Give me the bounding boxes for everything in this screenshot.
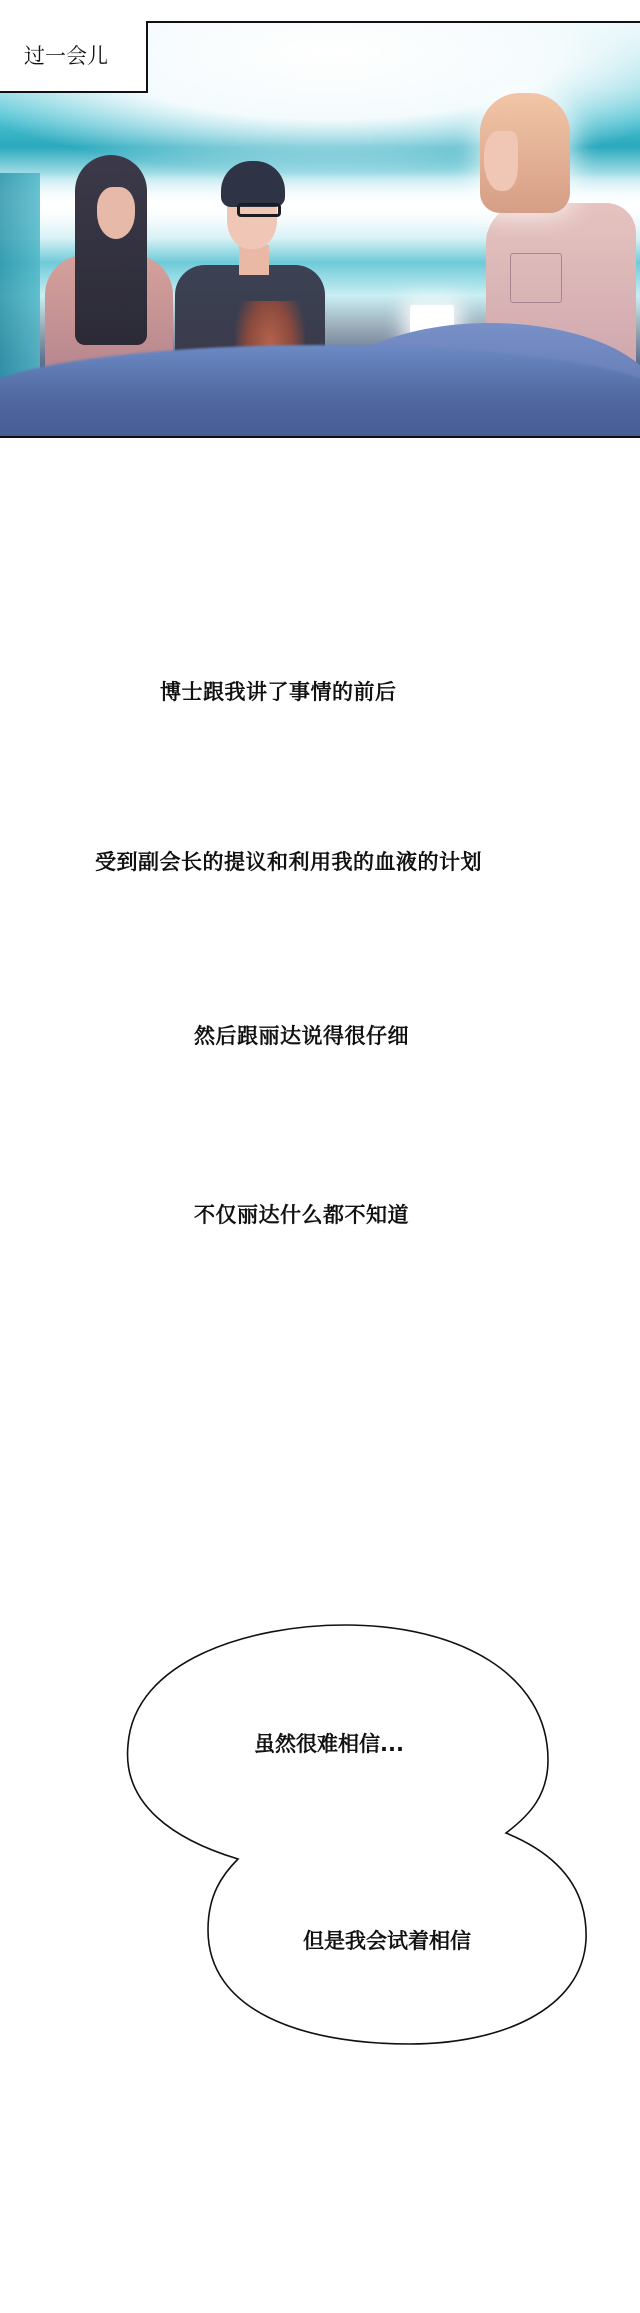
coat-pocket [510,253,562,303]
boy-hair [221,161,285,207]
narration-line: 博士跟我讲了事情的前后 [160,679,640,705]
glasses-icon [237,203,281,217]
lab-pillar [0,173,40,393]
girl-face [97,187,135,239]
narration-line: 受到副会长的提议和利用我的血液的计划 [95,849,640,875]
girl-hair [75,155,147,345]
bed-blanket-foreground [0,345,640,438]
narration-line: 不仅丽达什么都不知道 [194,1202,640,1228]
doctor-face [484,131,518,191]
speech-line: 虽然很难相信... [254,1731,404,1757]
speech-bubble [0,1600,640,2060]
narration-line: 然后跟丽达说得很仔细 [194,1023,640,1049]
boy-neck [239,245,269,275]
caption-box: 过一会儿 [0,21,148,93]
caption-text: 过一会儿 [24,43,108,69]
speech-line: 但是我会试着相信 [303,1928,471,1954]
speech-bubble-outline [0,1600,640,2060]
